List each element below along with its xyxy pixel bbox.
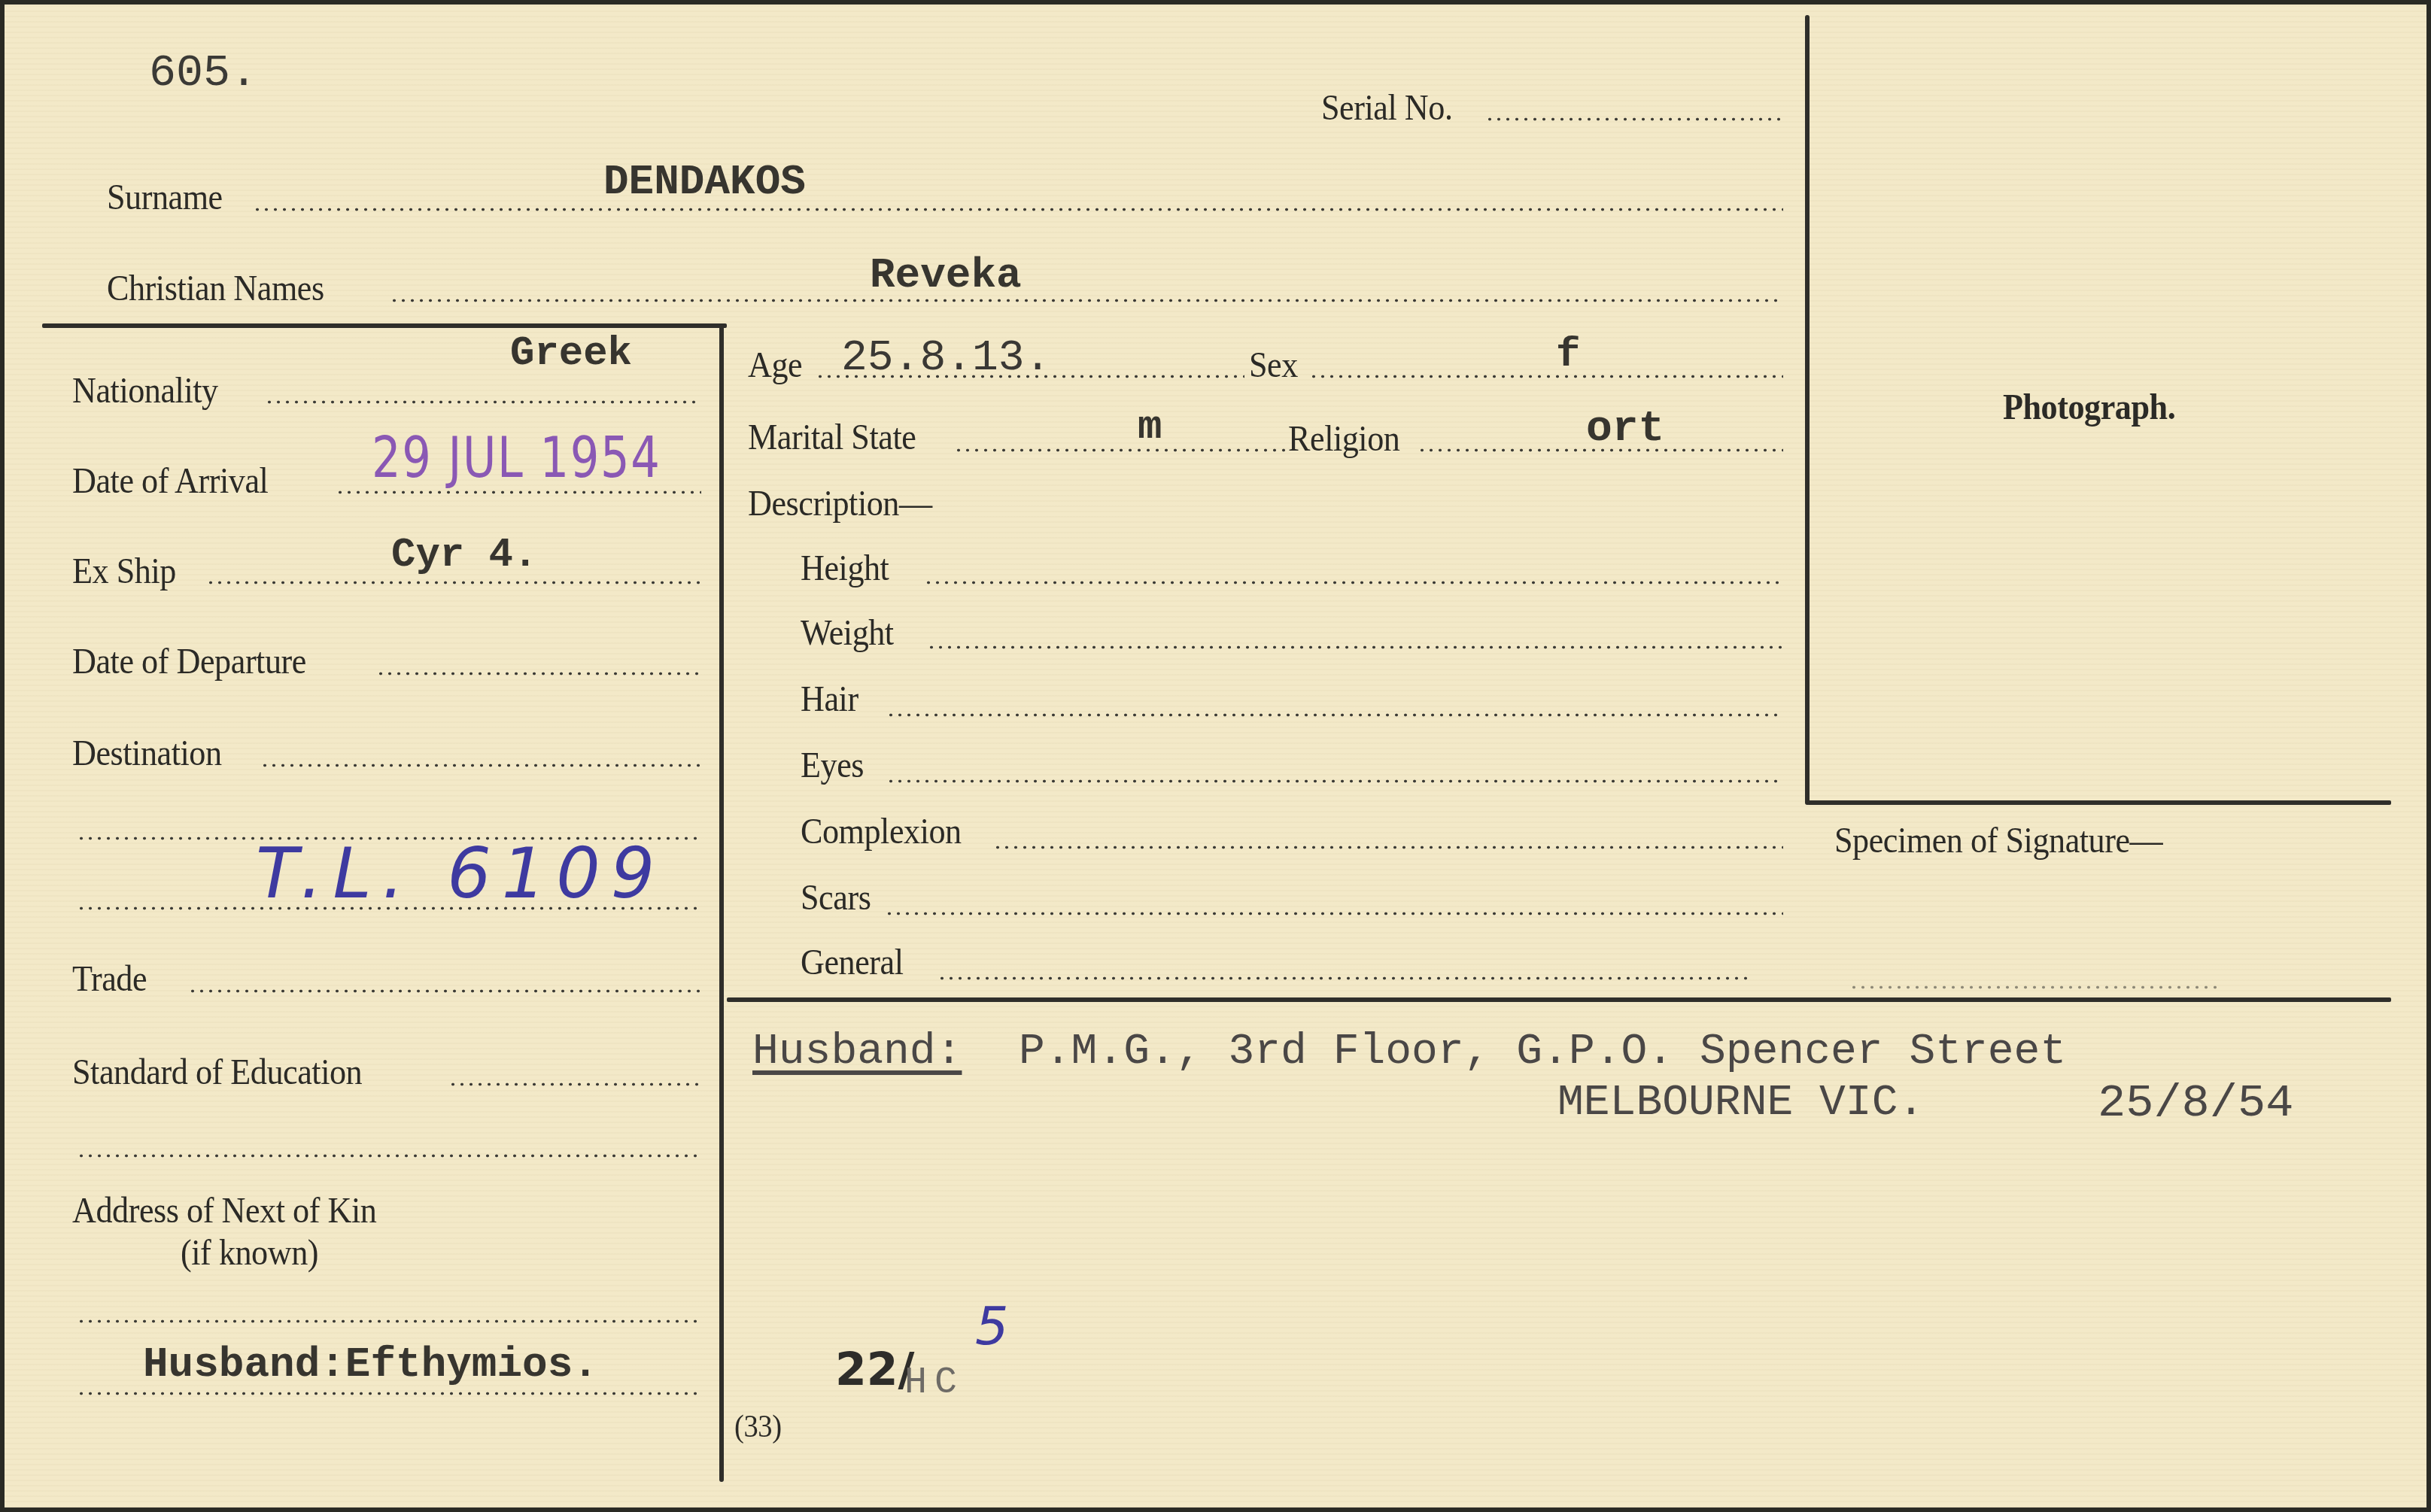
standard-of-education-field[interactable] (448, 1082, 701, 1086)
height-label: Height (801, 551, 889, 587)
weight-field[interactable] (927, 645, 1783, 649)
alien-registration-card: 605. Serial No. Surname DENDAKOS Christi… (5, 5, 2426, 1507)
photo-box-bottom-rule (1807, 800, 2391, 805)
next-of-kin-field-line2[interactable] (77, 1392, 701, 1395)
handwritten-check-mark: 5 (975, 1300, 1009, 1353)
photo-box-left-rule (1805, 15, 1810, 805)
destination-field[interactable] (260, 764, 701, 767)
education-field-line2[interactable] (77, 1154, 701, 1158)
age-field[interactable] (816, 375, 1244, 378)
next-of-kin-sublabel: (if known) (181, 1235, 318, 1271)
destination-field-line3[interactable] (77, 906, 701, 910)
general-field[interactable] (937, 976, 1747, 980)
scars-label: Scars (801, 880, 871, 916)
nationality-value: Greek (510, 334, 632, 375)
destination-label: Destination (72, 736, 222, 772)
nationality-field[interactable] (265, 400, 701, 404)
serial-no-label: Serial No. (1321, 90, 1452, 126)
description-bottom-rule (727, 997, 2391, 1002)
next-of-kin-field[interactable] (77, 1319, 701, 1323)
marital-state-label: Marital State (748, 420, 916, 456)
trade-label: Trade (72, 961, 147, 997)
sex-label: Sex (1249, 348, 1298, 384)
height-field[interactable] (924, 581, 1783, 584)
religion-value: ort (1586, 408, 1664, 451)
signature-label: Specimen of Signature— (1834, 823, 2162, 859)
left-panel-top-rule (42, 323, 727, 328)
date-of-arrival-label: Date of Arrival (72, 463, 268, 499)
christian-names-value: Reveka (870, 254, 1022, 296)
date-of-departure-field[interactable] (376, 672, 701, 676)
photograph-label: Photograph. (2003, 390, 2175, 426)
trade-field[interactable] (188, 989, 701, 993)
date-of-arrival-field[interactable] (336, 490, 701, 494)
hair-label: Hair (801, 682, 858, 718)
weight-label: Weight (801, 615, 894, 651)
christian-names-label: Christian Names (107, 271, 324, 307)
scars-field[interactable] (885, 912, 1783, 915)
ex-ship-value: Cyr 4. (391, 536, 537, 576)
religion-field[interactable] (1418, 448, 1783, 452)
sex-value: f (1556, 335, 1580, 376)
complexion-label: Complexion (801, 814, 962, 850)
sex-field[interactable] (1309, 375, 1783, 378)
surname-label: Surname (107, 180, 223, 216)
description-label: Description— (748, 486, 932, 522)
marital-state-field[interactable] (954, 448, 1285, 452)
notes-husband-prefix: Husband: (752, 1031, 962, 1074)
christian-names-field[interactable] (390, 299, 1783, 302)
next-of-kin-value: Husband:Efthymios. (143, 1343, 598, 1386)
nationality-label: Nationality (72, 373, 218, 409)
notes-address-line2: MELBOURNE VIC. (1557, 1082, 1924, 1125)
next-of-kin-label: Address of Next of Kin (72, 1193, 376, 1229)
date-of-departure-label: Date of Departure (72, 644, 306, 680)
surname-value: DENDAKOS (603, 161, 806, 203)
general-label: General (801, 945, 904, 981)
eyes-field[interactable] (886, 779, 1783, 783)
religion-label: Religion (1288, 421, 1399, 457)
notes-date: 25/8/54 (2098, 1080, 2293, 1127)
standard-of-education-label: Standard of Education (72, 1055, 362, 1091)
file-ref-number: 22/ (835, 1343, 914, 1396)
file-ref-suffix: HC (904, 1365, 965, 1402)
surname-field[interactable] (253, 208, 1783, 211)
complexion-field[interactable] (993, 846, 1783, 849)
card-number: 605. (149, 51, 257, 96)
hair-field[interactable] (886, 713, 1783, 717)
notes-address-line1: P.M.G., 3rd Floor, G.P.O. Spencer Street (1019, 1031, 2066, 1074)
marital-state-value: m (1138, 408, 1162, 448)
arrival-date-stamp: 29 JUL 1954 (372, 430, 661, 486)
form-number: (33) (734, 1411, 782, 1443)
destination-handwritten-ref: T.L. 6109 (256, 839, 665, 909)
ex-ship-label: Ex Ship (72, 554, 176, 590)
serial-no-field[interactable] (1485, 117, 1782, 121)
ex-ship-field[interactable] (206, 581, 701, 584)
left-panel-divider (719, 323, 724, 1482)
eyes-label: Eyes (801, 748, 864, 784)
age-label: Age (748, 348, 802, 384)
signature-field[interactable] (1849, 985, 2218, 989)
